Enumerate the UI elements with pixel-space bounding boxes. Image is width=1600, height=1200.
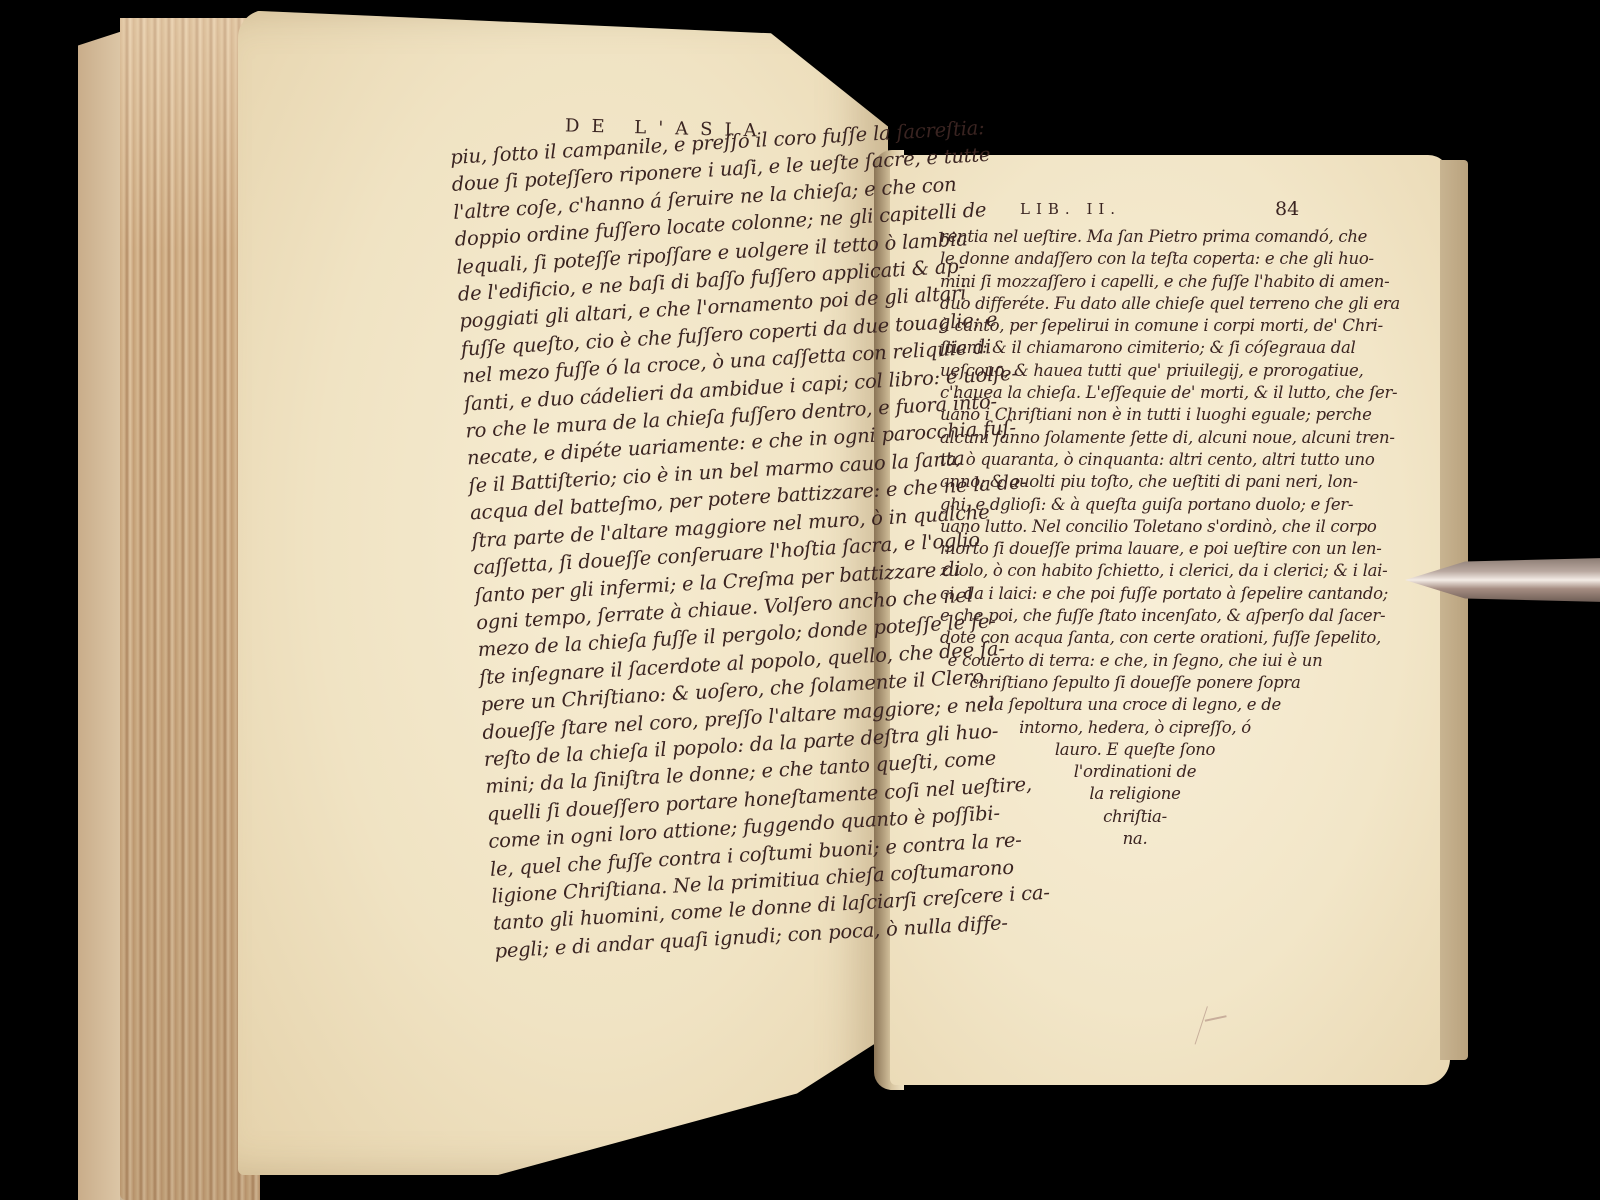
text-line-tail: chriſtia- — [940, 806, 1330, 828]
text-line-tail: lauro. E queſte ſono — [940, 739, 1330, 761]
text-line: à canto, per ſepelirui in comune i corpi… — [940, 315, 1330, 337]
text-line: zuolo, ò con habito ſchietto, i clerici,… — [940, 560, 1330, 582]
text-line: ſtiani: & il chiamarono cimiterio; & ſi … — [940, 337, 1330, 359]
text-line: ta, ò quaranta, ò cinquanta: altri cento… — [940, 449, 1330, 471]
text-line-tail: na. — [940, 828, 1330, 850]
text-line: ci, da i laici: e che poi fuſſe portato … — [940, 583, 1330, 605]
text-line: uano lutto. Nel concilio Toletano s'ordi… — [940, 516, 1330, 538]
text-line: rentia nel ueſtire. Ma ſan Pietro prima … — [940, 226, 1330, 248]
text-line: morto ſi doueſſe prima lauare, e poi ueſ… — [940, 538, 1330, 560]
text-line-tail: e couerto di terra: e che, in ſegno, che… — [940, 650, 1330, 672]
text-line: e che poi, che fuſſe ſtato incenſato, & … — [940, 605, 1330, 627]
right-page-text: rentia nel ueſtire. Ma ſan Pietro prima … — [940, 196, 1330, 850]
text-line: anno; & auolti piu toſto, che ueſtiti di… — [940, 471, 1330, 493]
text-line: le donne andaſſero con la teſta coperta:… — [940, 248, 1330, 270]
text-line-tail: la ſepoltura una croce di legno, e de — [940, 694, 1330, 716]
text-line-tail: intorno, hedera, ò cipreſſo, ó — [940, 717, 1330, 739]
text-line-tail: chriſtiano ſepulto ſi doueſſe ponere ſop… — [940, 672, 1330, 694]
text-line: ueſcouo, & hauea tutti que' priuilegij, … — [940, 360, 1330, 382]
text-line: mini ſi mozzaſſero i capelli, e che fuſſ… — [940, 271, 1330, 293]
text-line: uano i Chriſtiani non è in tutti i luogh… — [940, 404, 1330, 426]
text-line: alcuni fanno ſolamente ſette di, alcuni … — [940, 427, 1330, 449]
right-page-edge — [1440, 160, 1468, 1060]
text-line: duo differéte. Fu dato alle chieſe quel … — [940, 293, 1330, 315]
text-line-tail: la religione — [940, 783, 1330, 805]
text-line: dote con acqua ſanta, con certe orationi… — [940, 627, 1330, 649]
text-line-tail: l'ordinationi de — [940, 761, 1330, 783]
text-line: c'hauea la chieſa. L'eſſequie de' morti,… — [940, 382, 1330, 404]
text-line: ghi, e dglioſi: & à queſta guiſa portano… — [940, 494, 1330, 516]
left-page-text: piu, ſotto il campanile, e preſſo il cor… — [448, 94, 925, 965]
